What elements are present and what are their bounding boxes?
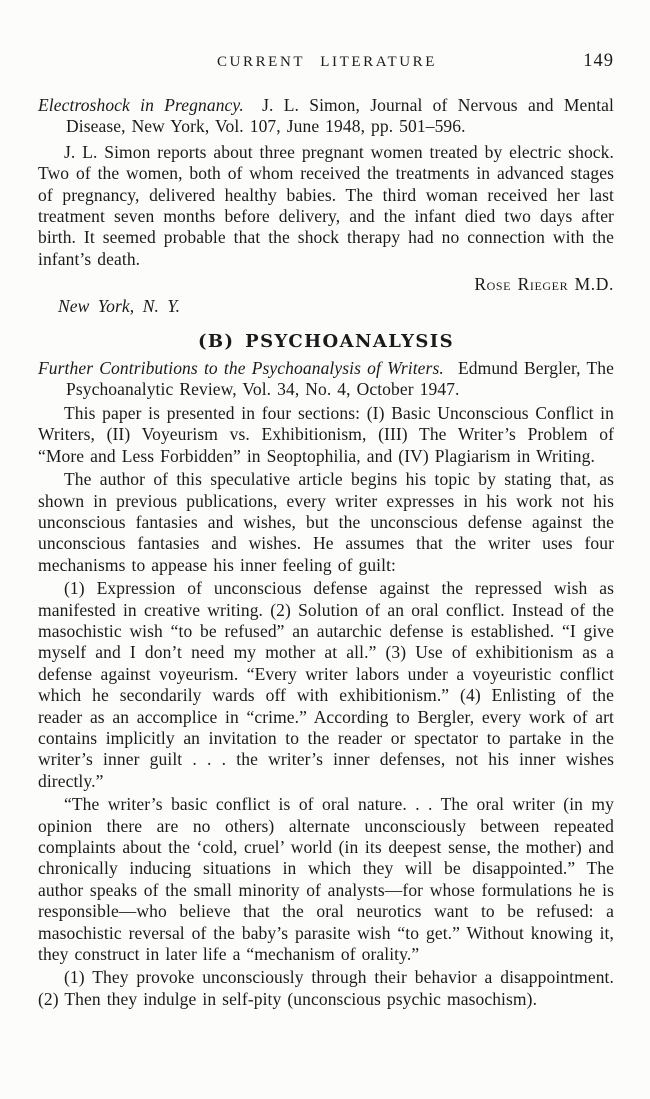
page-number: 149	[583, 51, 614, 72]
journal-page: CURRENT LITERATURE 149 Electroshock in P…	[0, 0, 650, 1099]
running-header: CURRENT LITERATURE 149	[38, 54, 616, 78]
section-heading-psychoanalysis: (B) PSYCHOANALYSIS	[38, 331, 614, 353]
reference-entry-bergler: Further Contributions to the Psychoanaly…	[38, 358, 614, 401]
review-paragraph-electroshock: J. L. Simon reports about three pregnant…	[38, 142, 614, 270]
reviewer-signature: Rose Rieger M.D.	[38, 274, 614, 295]
review-paragraph-four-mechanisms: (1) Expression of unconscious defense ag…	[38, 578, 614, 792]
page-content: Electroshock in Pregnancy. J. L. Simon, …	[38, 95, 614, 1010]
reviewer-location: New York, N. Y.	[38, 296, 614, 317]
review-paragraph-oral-conflict: “The writer’s basic conflict is of oral …	[38, 794, 614, 965]
reference-entry-electroshock: Electroshock in Pregnancy. J. L. Simon, …	[38, 95, 614, 138]
review-paragraph-provoke-selfpity: (1) They provoke unconsciously through t…	[38, 967, 614, 1010]
review-paragraph-sections: This paper is presented in four sections…	[38, 403, 614, 467]
reference-title-bergler: Further Contributions to the Psychoanaly…	[38, 358, 444, 378]
reference-title-electroshock: Electroshock in Pregnancy.	[38, 95, 244, 115]
review-paragraph-author-thesis: The author of this speculative article b…	[38, 469, 614, 576]
running-header-title: CURRENT LITERATURE	[38, 54, 616, 71]
